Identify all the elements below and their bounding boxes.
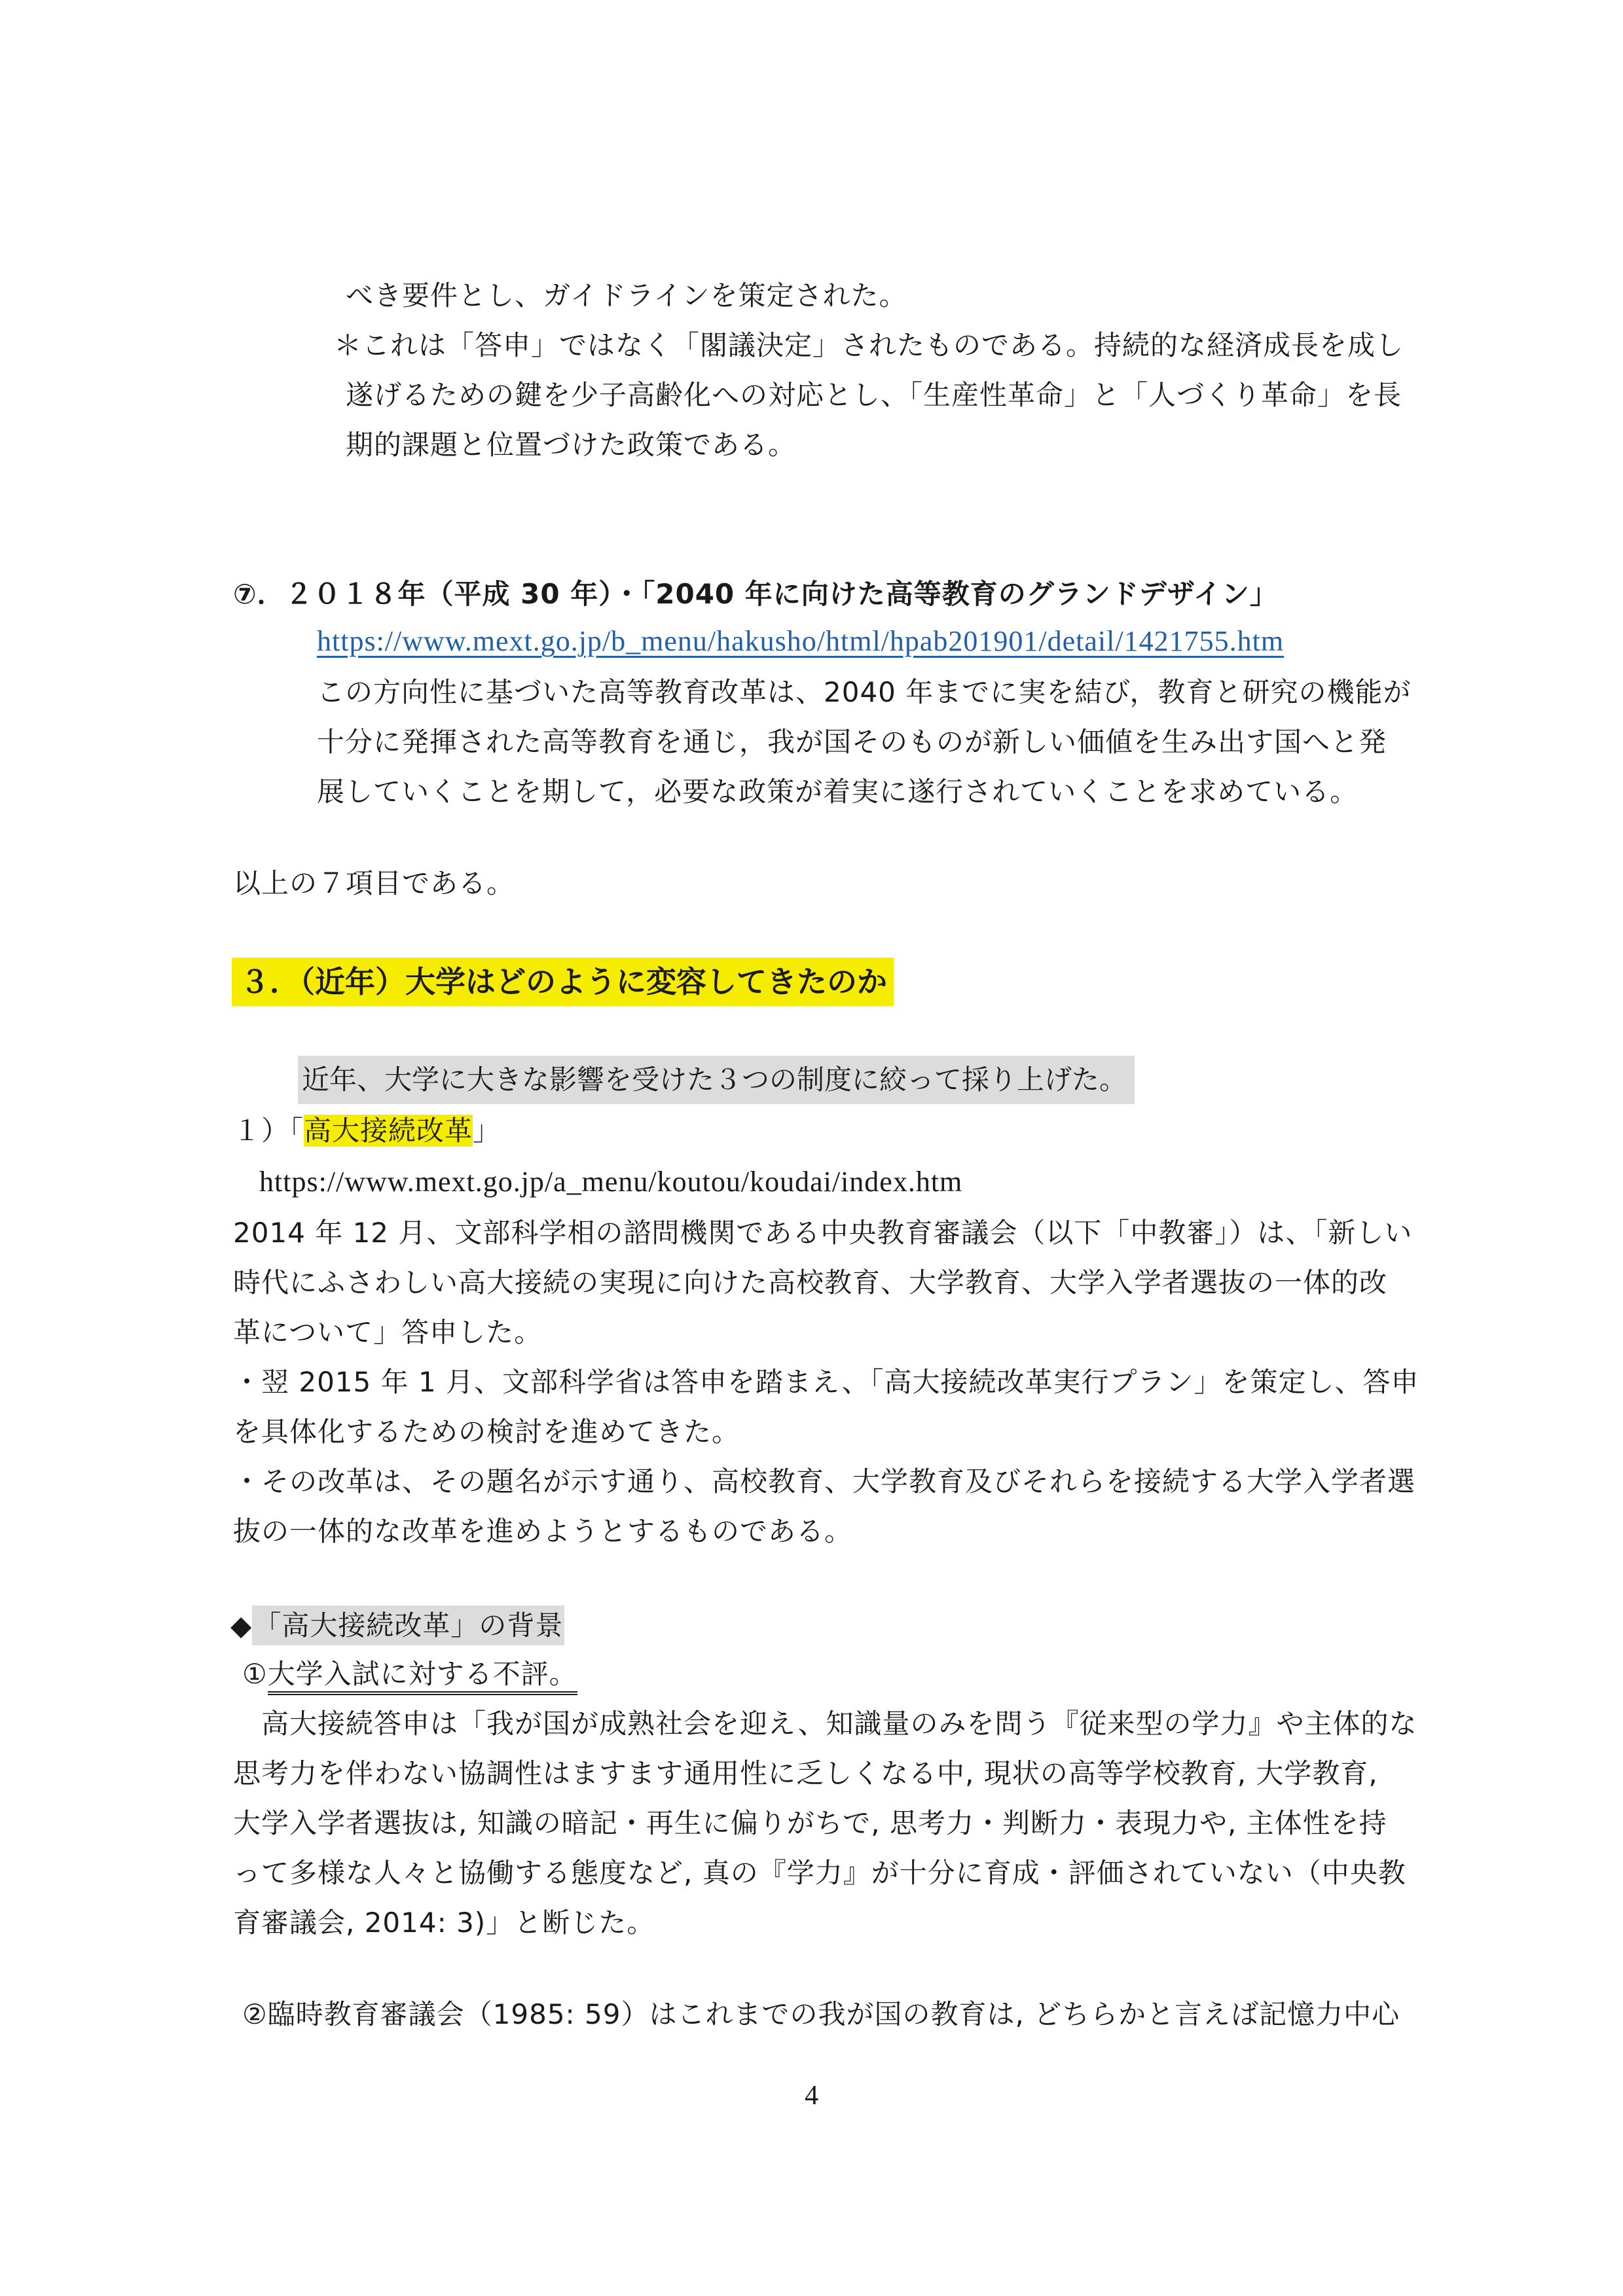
body-line: 大学入学者選抜は, 知識の暗記・再生に偏りがちで, 思考力・判断力・表現力や, … (233, 1805, 1387, 1842)
body-line: 十分に発揮された高等教育を通じ，我が国そのものが新しい価値を生み出す国へと発 (317, 724, 1387, 761)
subsection-heading: １）「高大接続改革」 (233, 1113, 501, 1149)
body-line: 展していくことを期して，必要な政策が着実に遂行されていくことを求めている。 (317, 774, 1358, 810)
section-heading: ３．（近年）大学はどのように変容してきたのか (232, 958, 894, 1006)
body-line: を具体化するための検討を進めてきた。 (233, 1414, 740, 1450)
body-line: 革について」答申した。 (233, 1314, 542, 1351)
body-line: 時代にふさわしい高大接続の実現に向けた高校教育、大学教育、大学入学者選抜の一体的… (233, 1265, 1387, 1301)
body-line: 遂げるための鍵を少子高齢化への対応とし、「生産性革命」と「人づくり革命」を長 (346, 377, 1402, 414)
body-line: ＊これは「答申」ではなく「閣議決定」されたものである。持続的な経済成長を成し (334, 327, 1404, 364)
body-line: 2014 年 12 月、文部科学相の諮問機関である中央教育審議会（以下「中教審」… (233, 1215, 1412, 1251)
body-line: ・その改革は、その題名が示す通り、高校教育、大学教育及びそれらを接続する大学入学… (233, 1463, 1415, 1500)
diamond-bullet-icon: ◆ (230, 1609, 252, 1641)
item7-link[interactable]: https://www.mext.go.jp/b_menu/hakusho/ht… (317, 623, 1284, 660)
section-note: 近年、大学に大きな影響を受けた３つの制度に絞って採り上げた。 (298, 1056, 1135, 1104)
point1-title: 大学入試に対する不評。 (268, 1658, 577, 1695)
body-line: この方向性に基づいた高等教育改革は、2040 年までに実を結び，教育と研究の機能… (317, 674, 1412, 711)
point1-heading: ①大学入試に対する不評。 (242, 1656, 577, 1693)
page-number: 4 (0, 2080, 1623, 2111)
item7-heading: ⑦．２０１８年（平成 30 年）・「2040 年に向けた高等教育のグランドデザイ… (233, 576, 1278, 613)
subsection-suffix: 」 (473, 1115, 501, 1147)
subsection-url[interactable]: https://www.mext.go.jp/a_menu/koutou/kou… (259, 1164, 962, 1200)
body-line: べき要件とし、ガイドラインを策定された。 (346, 278, 907, 314)
point2-line: ②臨時教育審議会（1985: 59）はこれまでの我が国の教育は, どちらかと言え… (242, 1996, 1400, 2033)
point1-marker: ① (242, 1658, 268, 1690)
subsection-title: 高大接続改革 (304, 1115, 473, 1147)
body-line: 思考力を伴わない協調性はますます通用性に乏しくなる中, 現状の高等学校教育, 大… (233, 1755, 1378, 1792)
background-heading: ◆「高大接続改革」の背景 (230, 1607, 564, 1644)
body-line: って多様な人々と協働する態度など, 真の『学力』が十分に育成・評価されていない（… (233, 1855, 1406, 1892)
body-line: 抜の一体的な改革を進めようとするものである。 (233, 1513, 852, 1550)
subsection-prefix: １）「 (233, 1115, 304, 1147)
body-line: 高大接続答申は「我が国が成熟社会を迎え、知識量のみを問う『従来型の学力』や主体的… (233, 1706, 1417, 1742)
body-line: 育審議会, 2014: 3)」と断じた。 (233, 1905, 655, 1941)
background-title: 「高大接続改革」の背景 (252, 1605, 564, 1645)
body-line: ・翌 2015 年 1 月、文部科学省は答申を踏まえ、「高大接続改革実行プラン」… (233, 1364, 1419, 1401)
summary-text: 以上の７項目である。 (233, 865, 515, 902)
body-line: 期的課題と位置づけた政策である。 (346, 427, 796, 463)
